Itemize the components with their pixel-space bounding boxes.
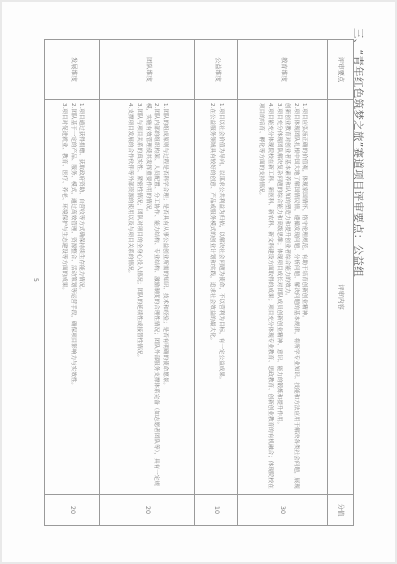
content-item: 1.团队的组成原则与过程是否科学合理；是否具有从事公益创业所需的知识、技术和经验… [160, 103, 169, 491]
content-item: 1.项目以社会价值为导向，以谋求公共利益为归依，以解决社会问题为使命，不以营利为… [216, 103, 225, 491]
score-cell: 10 [195, 495, 238, 526]
content-cell: 1.项目应弘扬正确的价值观，体现家国情怀，恪守伦理规范，有助于培育创新创业精神。… [238, 100, 328, 495]
score-cell: 20 [45, 495, 100, 526]
content-item: 4.项目能充分体现院校在新工科、新医科、新农科、新文科建设方面取得的成果；项目充… [257, 103, 274, 491]
content-item: 3.项目充分体现团队解决复杂问题的综合能力和高级思维；体现项目成长对团队成员创新… [274, 103, 283, 491]
score-cell: 30 [238, 495, 328, 526]
table-row-development: 发展维度 1.项目通过获得捐赠、获取政府资助、自营收等方式确保持续生存能力情况。… [45, 40, 100, 526]
content-item: 2.项目体现团队扎根中国大地了解国情民情，遵循发现问题、分析问题、解决问题的基本… [283, 103, 300, 491]
content-cell: 1.团队的组成原则与过程是否科学合理；是否具有从事公益创业所需的知识、技术和经验… [100, 100, 195, 495]
table-row-team: 团队维度 1.团队的组成原则与过程是否科学合理；是否具有从事公益创业所需的知识、… [100, 40, 195, 526]
criteria-cell: 公益维度 [195, 40, 238, 100]
content-item: 4.支撑项目发展的合作伙伴等外部资源的使用以及与项目关系的情况。 [126, 103, 135, 491]
header-criteria: 评审要点 [328, 40, 354, 100]
content-item: 1.项目通过获得捐赠、获取政府资助、自营收等方式确保持续生存能力情况。 [77, 103, 86, 491]
header-score: 分值 [328, 495, 354, 526]
review-criteria-table: 评审要点 评审内容 分值 教育维度 1.项目应弘扬正确的价值观，体现家国情怀，恪… [44, 39, 354, 526]
criteria-cell: 发展维度 [45, 40, 100, 100]
content-item: 2.团队基于一定的产品、服务、模式，通过高效管理、资源整合、活动策划等运营手段，… [68, 103, 77, 491]
criteria-cell: 教育维度 [238, 40, 328, 100]
scanned-page: 三、“青年红色筑梦之旅”赛道项目评审要点：公益组 评审要点 评审内容 分值 教育… [2, 2, 395, 562]
table-header-row: 评审要点 评审内容 分值 [328, 40, 354, 526]
page-number: 5 [32, 278, 39, 282]
content-item: 3.团队与项目关系的真实性、紧密性情况；团队对项目的全身心投入情况；团队的延续性… [134, 103, 143, 491]
criteria-cell: 团队维度 [100, 40, 195, 100]
content-item: 2.团队内部的组织构架、人员配置、分工协作、能力结构、专业结构、激励制度的合理性… [143, 103, 160, 491]
content-item: 3.项目对促进就业、教育、医疗、养老、环境保护与生态建设等方面的成果。 [59, 103, 68, 491]
content-item: 2.在公益服务领域具有较好的创意、产品或服务模式的创业计划和实践，追求社会效益的… [208, 103, 217, 491]
content-cell: 1.项目以社会价值为导向，以谋求公共利益为归依，以解决社会问题为使命，不以营利为… [195, 100, 238, 495]
content-item: 1.项目应弘扬正确的价值观，体现家国情怀，恪守伦理规范，有助于培育创新创业精神。 [300, 103, 309, 491]
table-row-public-welfare: 公益维度 1.项目以社会价值为导向，以谋求公共利益为归依，以解决社会问题为使命，… [195, 40, 238, 526]
table-row-education: 教育维度 1.项目应弘扬正确的价值观，体现家国情怀，恪守伦理规范，有助于培育创新… [238, 40, 328, 526]
content-cell: 1.项目通过获得捐赠、获取政府资助、自营收等方式确保持续生存能力情况。 2.团队… [45, 100, 100, 495]
score-cell: 20 [100, 495, 195, 526]
header-content: 评审内容 [328, 100, 354, 495]
rotated-page-content: 三、“青年红色筑梦之旅”赛道项目评审要点：公益组 评审要点 评审内容 分值 教育… [2, 2, 397, 564]
